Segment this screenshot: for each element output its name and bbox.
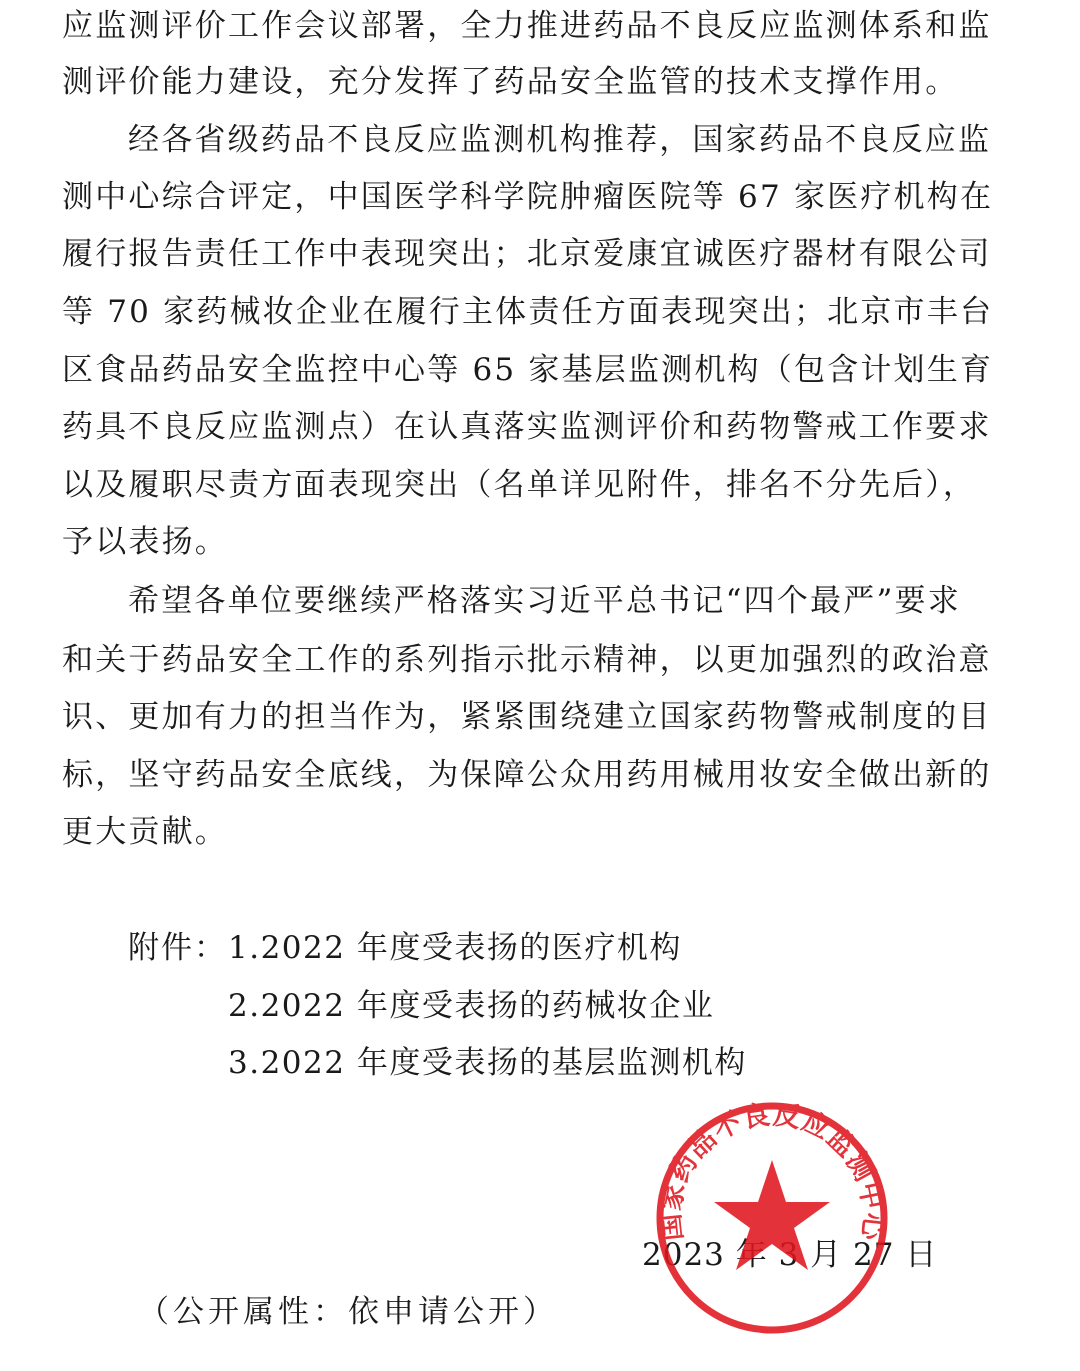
paragraph-2-line-4: 等 70 家药械妆企业在履行主体责任方面表现突出；北京市丰台 bbox=[62, 292, 993, 332]
paragraph-2-line-1: 经各省级药品不良反应监测机构推荐，国家药品不良反应监 bbox=[128, 120, 991, 160]
paragraph-1-line-2: 测评价能力建设，充分发挥了药品安全监管的技术支撑作用。 bbox=[62, 62, 958, 102]
paragraph-2-line-5: 区食品药品安全监控中心等 65 家基层监测机构（包含计划生育 bbox=[62, 350, 993, 390]
paragraph-3-line-5: 更大贡献。 bbox=[62, 812, 228, 852]
attachments-label: 附件： bbox=[128, 928, 227, 968]
official-seal-icon: 国家药品不良反应监测中心 bbox=[652, 1098, 892, 1338]
paragraph-3-line-3: 识、更加有力的担当作为，紧紧围绕建立国家药物警戒制度的目 bbox=[62, 697, 992, 737]
paragraph-2-line-8: 予以表扬。 bbox=[62, 522, 228, 562]
paragraph-3-line-4: 标，坚守药品安全底线，为保障公众用药用械用妆安全做出新的 bbox=[62, 755, 992, 795]
paragraph-2-line-7: 以及履职尽责方面表现突出（名单详见附件，排名不分先后）， bbox=[62, 465, 976, 505]
paragraph-3-line-1: 希望各单位要继续严格落实习近平总书记“四个最严”要求 bbox=[128, 581, 961, 621]
attachment-item-1: 1.2022 年度受表扬的医疗机构 bbox=[228, 928, 682, 968]
attachment-item-2: 2.2022 年度受表扬的药械妆企业 bbox=[228, 986, 714, 1026]
paragraph-3-line-2: 和关于药品安全工作的系列指示批示精神，以更加强烈的政治意 bbox=[62, 640, 992, 680]
attachment-item-3: 3.2022 年度受表扬的基层监测机构 bbox=[228, 1043, 747, 1083]
paragraph-2-line-6: 药具不良反应监测点）在认真落实监测评价和药物警戒工作要求 bbox=[62, 407, 992, 447]
paragraph-2-line-2: 测中心综合评定，中国医学科学院肿瘤医院等 67 家医疗机构在 bbox=[62, 177, 993, 217]
paragraph-1-line-1: 应监测评价工作会议部署，全力推进药品不良反应监测体系和监 bbox=[62, 6, 992, 46]
disclosure-attribute: （公开属性：依申请公开） bbox=[138, 1292, 558, 1332]
paragraph-2-line-3: 履行报告责任工作中表现突出；北京爱康宜诚医疗器材有限公司 bbox=[62, 234, 992, 274]
